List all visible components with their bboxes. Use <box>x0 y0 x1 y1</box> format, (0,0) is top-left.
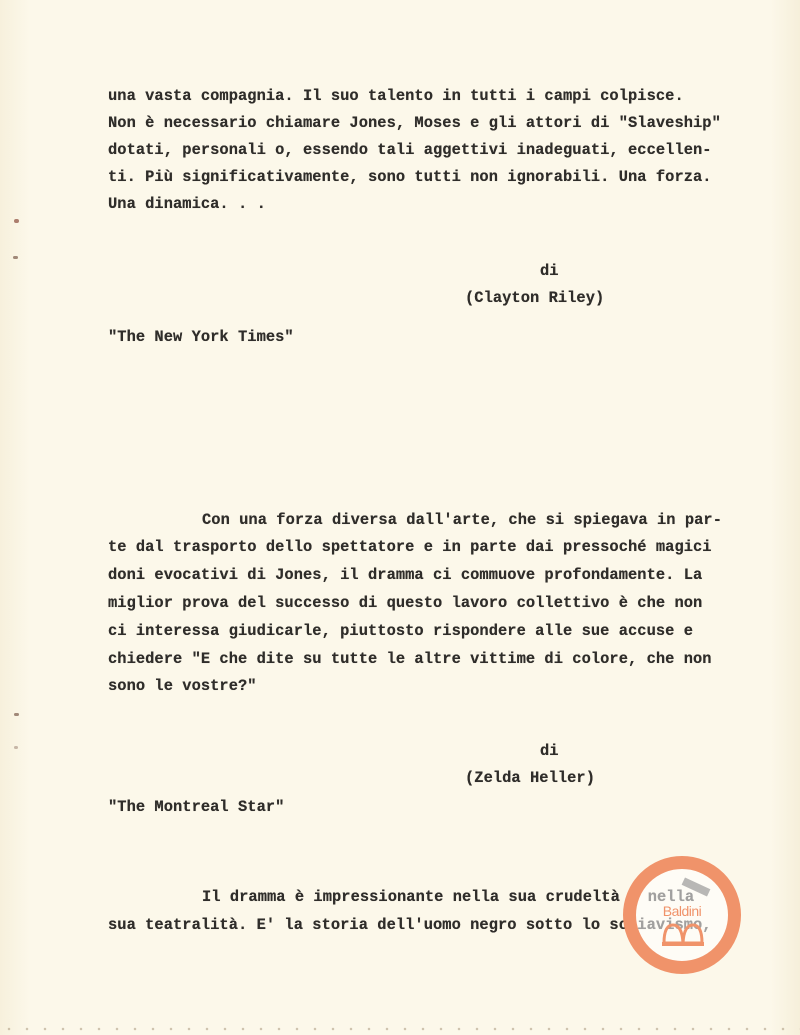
margin-mark <box>14 746 18 749</box>
watermark-label: Baldini <box>636 903 728 919</box>
paragraph-2-line-3: doni evocativi di Jones, il dramma ci co… <box>108 566 702 584</box>
paragraph-3-line-1: Il dramma è impressionante nella sua cru… <box>202 888 694 906</box>
attribution-source-1: "The New York Times" <box>108 328 294 346</box>
paragraph-2-line-1: Con una forza diversa dall'arte, che si … <box>202 511 722 529</box>
attribution-author-1: (Clayton Riley) <box>465 289 604 307</box>
pen-icon <box>682 877 711 896</box>
attribution-di-2: di <box>540 742 559 760</box>
attribution-di-1: di <box>540 262 559 280</box>
paragraph-2-line-5: ci interessa giudicarle, piuttosto rispo… <box>108 622 693 640</box>
attribution-source-2: "The Montreal Star" <box>108 798 284 816</box>
paragraph-3-line-2: sua teatralità. E' la storia dell'uomo n… <box>108 916 712 934</box>
paragraph-1-line-3: dotati, personali o, essendo tali aggett… <box>108 141 712 159</box>
paragraph-1-line-4: ti. Più significativamente, sono tutti n… <box>108 168 712 186</box>
paragraph-2-line-4: miglior prova del successo di questo lav… <box>108 594 702 612</box>
paragraph-2-line-7: sono le vostre?" <box>108 677 257 695</box>
page-edge-perforation <box>0 1027 800 1031</box>
baldini-watermark-logo: Baldini <box>623 856 741 974</box>
paragraph-2-line-2: te dal trasporto dello spettatore e in p… <box>108 538 712 556</box>
attribution-author-2: (Zelda Heller) <box>465 769 595 787</box>
paragraph-2-line-6: chiedere "E che dite su tutte le altre v… <box>108 650 712 668</box>
margin-mark <box>14 219 19 223</box>
margin-mark <box>14 713 19 716</box>
open-book-icon <box>662 921 704 947</box>
paragraph-1-line-5: Una dinamica. . . <box>108 195 266 213</box>
margin-mark <box>13 256 18 259</box>
typewritten-page: una vasta compagnia. Il suo talento in t… <box>0 0 800 1035</box>
paragraph-1-line-2: Non è necessario chiamare Jones, Moses e… <box>108 114 721 132</box>
paragraph-1-line-1: una vasta compagnia. Il suo talento in t… <box>108 87 684 105</box>
